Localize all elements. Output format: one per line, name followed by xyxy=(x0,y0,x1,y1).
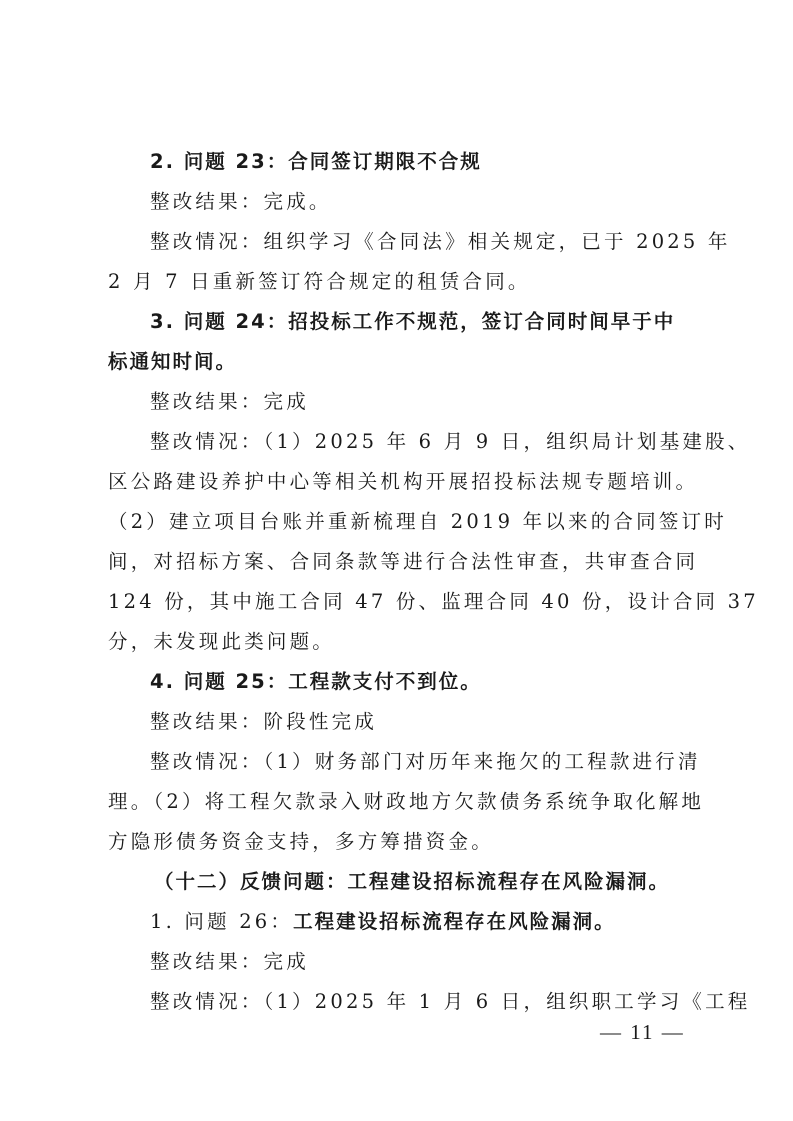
issue-26-result: 整改结果：完成 xyxy=(150,948,698,976)
result-label: 整改结果： xyxy=(150,950,264,973)
issue-24-detail-line: 区公路建设养护中心等相关机构开展招投标法规专题培训。 xyxy=(108,468,698,496)
document-page: 2. 问题 23：合同签订期限不合规 整改结果：完成。 整改情况：组织学习《合同… xyxy=(0,0,793,1121)
feedback-section-heading: （十二）反馈问题：工程建设招标流程存在风险漏洞。 xyxy=(154,868,714,896)
result-value: 完成。 xyxy=(264,190,332,213)
issue-26-prefix: 1. 问题 26： xyxy=(150,910,293,933)
issue-24-detail-line: 间，对招标方案、合同条款等进行合法性审查，共审查合同 xyxy=(108,548,698,576)
issue-23-result: 整改结果：完成。 xyxy=(150,188,698,216)
result-label: 整改结果： xyxy=(150,390,264,413)
issue-25-detail-line: 整改情况：（1）财务部门对历年来拖欠的工程款进行清 xyxy=(150,748,698,776)
issue-25-result: 整改结果：阶段性完成 xyxy=(150,708,698,736)
issue-24-heading: 3. 问题 24：招投标工作不规范，签订合同时间早于中 xyxy=(150,308,698,336)
issue-23-detail-line: 整改情况：组织学习《合同法》相关规定，已于 2025 年 xyxy=(150,228,698,256)
issue-24-detail-line: 分，未发现此类问题。 xyxy=(108,628,698,656)
issue-24-result: 整改结果：完成 xyxy=(150,388,698,416)
issue-26-detail-line: 整改情况：（1）2025 年 1 月 6 日，组织职工学习《工程 xyxy=(150,988,698,1016)
page-number: — 11 — xyxy=(600,1018,685,1046)
issue-23-title: 合同签订期限不合规 xyxy=(288,150,482,173)
issue-23-heading: 2. 问题 23：合同签订期限不合规 xyxy=(150,148,698,176)
result-label: 整改结果： xyxy=(150,190,264,213)
issue-26-heading: 1. 问题 26：工程建设招标流程存在风险漏洞。 xyxy=(150,908,698,936)
issue-25-heading: 4. 问题 25：工程款支付不到位。 xyxy=(150,668,698,696)
issue-26-title: 工程建设招标流程存在风险漏洞。 xyxy=(293,910,616,933)
issue-23-detail-line: 2 月 7 日重新签订符合规定的租赁合同。 xyxy=(108,268,698,296)
result-label: 整改结果： xyxy=(150,710,264,733)
result-value: 完成 xyxy=(264,390,309,413)
issue-24-detail-line: 整改情况：（1）2025 年 6 月 9 日，组织局计划基建股、 xyxy=(150,428,698,456)
issue-23-prefix: 2. 问题 23： xyxy=(150,150,288,173)
issue-25-detail-line: 方隐形债务资金支持，多方筹措资金。 xyxy=(108,828,698,856)
issue-24-heading-cont: 标通知时间。 xyxy=(108,348,698,376)
issue-24-detail-line: 124 份，其中施工合同 47 份、监理合同 40 份，设计合同 37 xyxy=(108,588,698,616)
issue-24-detail-line: （2）建立项目台账并重新梳理自 2019 年以来的合同签订时 xyxy=(108,508,698,536)
result-value: 完成 xyxy=(264,950,309,973)
issue-25-detail-line: 理。（2）将工程欠款录入财政地方欠款债务系统争取化解地 xyxy=(108,788,698,816)
result-value: 阶段性完成 xyxy=(264,710,378,733)
